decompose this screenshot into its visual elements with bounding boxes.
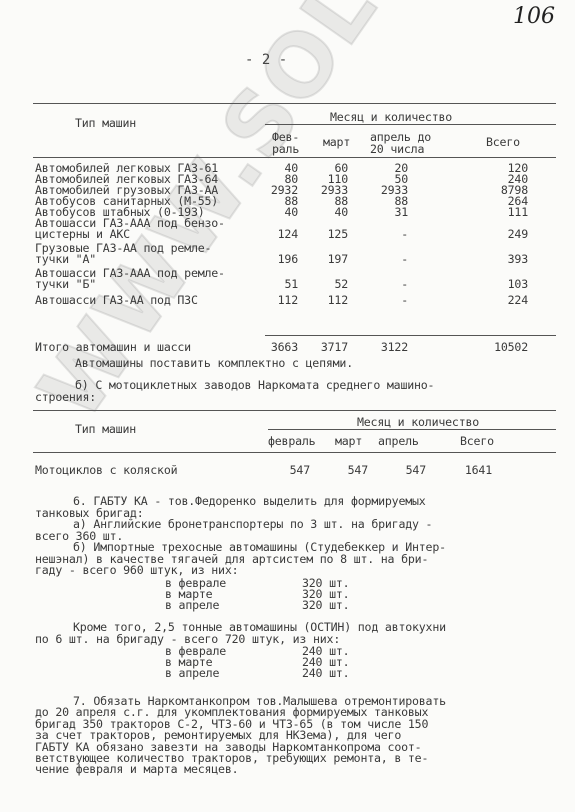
page-marker: - 2 -	[245, 52, 287, 68]
row-feb: 112	[262, 295, 298, 306]
row-label: Мотоциклов с коляской	[35, 465, 177, 476]
row-label: Автошасси ГАЗ-АА под ПЗС	[35, 295, 198, 306]
row-total: 111	[480, 207, 528, 218]
total-mar: 3717	[312, 342, 348, 353]
row-apr: 31	[372, 207, 408, 218]
row-apr: -	[372, 229, 408, 240]
archive-page-number: 106	[513, 4, 555, 29]
paragraph-7: 7. Обязать Наркомтанкопром тов.Малышева …	[35, 696, 446, 776]
table-b-header-bottom-rule	[33, 452, 556, 453]
total-apr: 3122	[372, 342, 408, 353]
document-page: WWW.SOLDAT.RU 106 - 2 - Тип машин Месяц …	[0, 0, 575, 812]
group-rule	[265, 124, 556, 125]
row-total: 224	[480, 295, 528, 306]
breakdown-qty: 240 шт.	[302, 668, 349, 679]
para6-a: а) Английские бронетранспортеры по 3 шт.…	[35, 519, 432, 542]
row-mar: 547	[336, 465, 368, 476]
col-header-apr: апрель до 20 числа	[370, 131, 431, 155]
row-label: Автошасси ГАЗ-ААА под бензо- цистерны и …	[35, 218, 225, 240]
row-apr: 547	[394, 465, 426, 476]
section-b-intro: б) С мотоциклетных заводов Наркомата сре…	[35, 380, 434, 403]
row-apr: -	[372, 254, 408, 265]
table-b-col-header-type: Тип машин	[75, 424, 136, 435]
table-b-col-header-group: Месяц и количество	[357, 417, 479, 428]
col-header-feb: Фев- раль	[272, 131, 299, 155]
breakdown-month: в апреле	[165, 668, 219, 679]
row-feb: 40	[262, 207, 298, 218]
col-header-group: Месяц и количество	[330, 112, 452, 123]
table-b-col-apr: апрель	[378, 436, 419, 447]
breakdown-month: в апреле	[165, 600, 219, 611]
header-bottom-rule	[33, 157, 556, 158]
row-label: Грузовые ГАЗ-АА под ремле- тучки "А"	[35, 243, 211, 265]
col-header-mar: март	[323, 137, 350, 148]
table-top-rule	[33, 103, 556, 104]
row-total: 393	[480, 254, 528, 265]
para6-c: Кроме того, 2,5 тонные автомашины (ОСТИН…	[35, 622, 446, 645]
row-label: Автошасси ГАЗ-ААА под ремле- тучки "Б"	[35, 268, 225, 290]
table-b-group-rule	[268, 429, 556, 430]
row-mar: 112	[312, 295, 348, 306]
table-b-col-feb: февраль	[268, 436, 315, 447]
row-mar: 197	[312, 254, 348, 265]
row-mar: 40	[312, 207, 348, 218]
row-total: 249	[480, 229, 528, 240]
row-mar: 125	[312, 229, 348, 240]
row-apr: -	[372, 295, 408, 306]
col-header-total: Всего	[486, 137, 520, 148]
para6-b: б) Импортные трехосные автомашины (Студе…	[35, 542, 446, 577]
breakdown-qty: 320 шт.	[302, 600, 349, 611]
row-apr: -	[372, 279, 408, 290]
para6-head: 6. ГАБТУ КА - тов.Федоренко выделить для…	[35, 496, 426, 519]
row-feb: 124	[262, 229, 298, 240]
row-total: 1641	[452, 465, 492, 476]
total-feb: 3663	[262, 342, 298, 353]
col-header-type: Тип машин	[75, 118, 136, 129]
table-b-col-mar: март	[335, 436, 362, 447]
total-label: Итого автомашин и шасси	[35, 342, 191, 353]
note-chains: Автомашины поставить комплектно с цепями…	[75, 358, 353, 369]
row-feb: 51	[262, 279, 298, 290]
total-rule	[265, 335, 556, 336]
row-mar: 52	[312, 279, 348, 290]
total-all: 10502	[480, 342, 528, 353]
row-feb: 196	[262, 254, 298, 265]
table-b-col-total: Всего	[460, 436, 494, 447]
row-total: 103	[480, 279, 528, 290]
table-b-top-rule	[33, 410, 556, 411]
row-feb: 547	[278, 465, 310, 476]
